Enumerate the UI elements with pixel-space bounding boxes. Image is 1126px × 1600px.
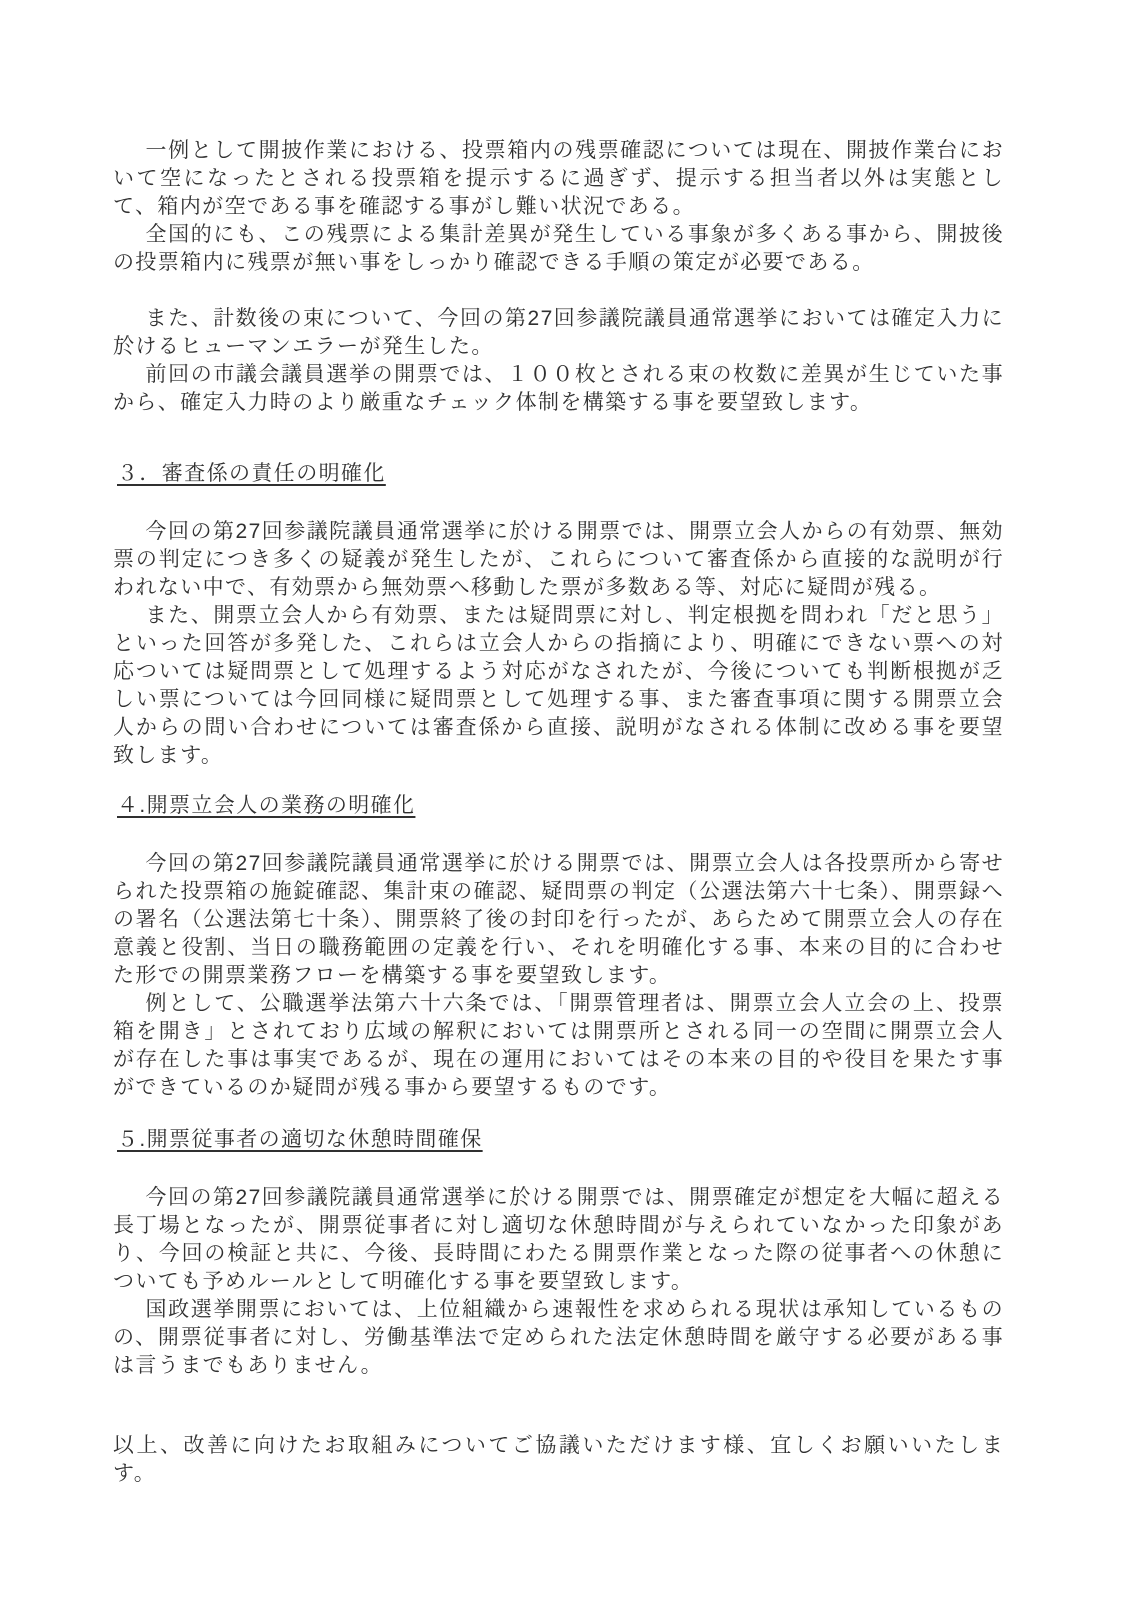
closing-line: 以上、改善に向けたお取組みについてご協議いただけます様、宜しくお願いいたします。 [113, 1432, 1004, 1488]
paragraph-section4-duties: 今回の第27回参議院議員通常選挙に於ける開票では、開票立会人は各投票所から寄せら… [113, 850, 1004, 990]
paragraph-bundle-count-check: 前回の市議会議員選挙の開票では、１００枚とされる束の枚数に差異が生じていた事から… [113, 361, 1004, 417]
paragraph-bundle-human-error: また、計数後の束について、今回の第27回参議院議員通常選挙においては確定入力に於… [113, 305, 1004, 361]
paragraph-nationwide-discrepancy: 全国的にも、この残票による集計差異が発生している事象が多くある事から、開披後の投… [113, 221, 1004, 277]
section-heading-5: ５.開票従事者の適切な休憩時間確保 [113, 1126, 1004, 1154]
section-heading-4-text: ４.開票立会人の業務の明確化 [117, 794, 415, 817]
section-heading-3: ３．審査係の責任の明確化 [113, 460, 1004, 488]
paragraph-section4-example: 例として、公職選挙法第六十六条では、「開票管理者は、開票立会人立会の上、投票箱を… [113, 990, 1004, 1102]
section-heading-4: ４.開票立会人の業務の明確化 [113, 792, 1004, 820]
section-heading-3-text: ３．審査係の責任の明確化 [117, 462, 386, 485]
paragraph-section3-request: また、開票立会人から有効票、または疑問票に対し、判定根拠を問われ「だと思う」とい… [113, 602, 1004, 770]
paragraph-section5-breaks: 今回の第27回参議院議員通常選挙に於ける開票では、開票確定が想定を大幅に超える長… [113, 1184, 1004, 1296]
document-page: 一例として開披作業における、投票箱内の残票確認については現在、開披作業台において… [0, 0, 1126, 1600]
paragraph-section5-labor-law: 国政選挙開票においては、上位組織から速報性を求められる現状は承知しているものの、… [113, 1296, 1004, 1380]
paragraph-section3-doubts: 今回の第27回参議院議員通常選挙に於ける開票では、開票立会人からの有効票、無効票… [113, 518, 1004, 602]
section-heading-5-text: ５.開票従事者の適切な休憩時間確保 [117, 1128, 483, 1151]
paragraph-remaining-ballot-check: 一例として開披作業における、投票箱内の残票確認については現在、開披作業台において… [113, 137, 1004, 221]
